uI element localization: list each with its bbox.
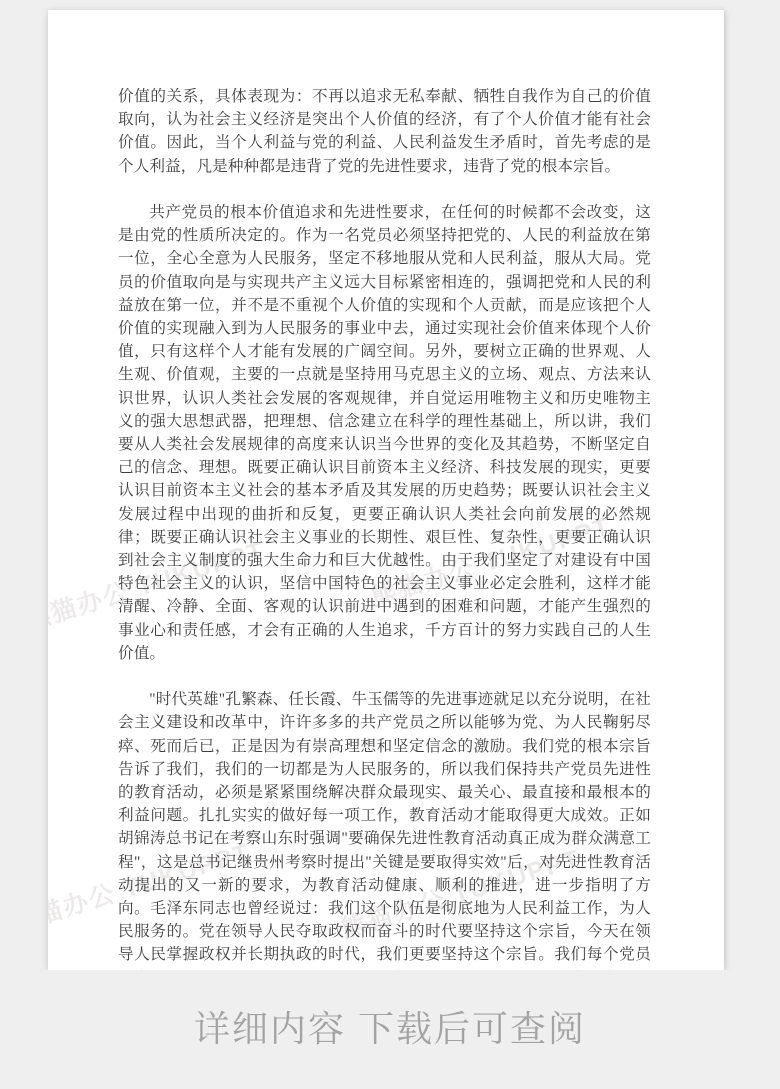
footer-hint-bar: 详细内容 下载后可查阅 (0, 970, 780, 1089)
body-paragraph-continuation: 价值的关系，具体表现为：不再以追求无私奉献、牺牲自我作为自己的价值取向，认为社会… (118, 85, 651, 178)
document-preview-viewport: 熊猫办公 TUKUPPT 熊猫办公 TUKUPPT 熊猫办公 TUKUPPT 熊… (0, 0, 780, 1089)
download-hint-text: 详细内容 下载后可查阅 (194, 1008, 586, 1050)
body-paragraph: "时代英雄"孔繁森、任长霞、牛玉儒等的先进事迹就足以充分说明，在社会主义建设和改… (118, 688, 651, 970)
body-paragraph: 共产党员的根本价值追求和先进性要求，在任何的时候都不会改变，这是由党的性质所决定… (118, 201, 651, 665)
document-page: 熊猫办公 TUKUPPT 熊猫办公 TUKUPPT 熊猫办公 TUKUPPT 熊… (48, 10, 724, 970)
